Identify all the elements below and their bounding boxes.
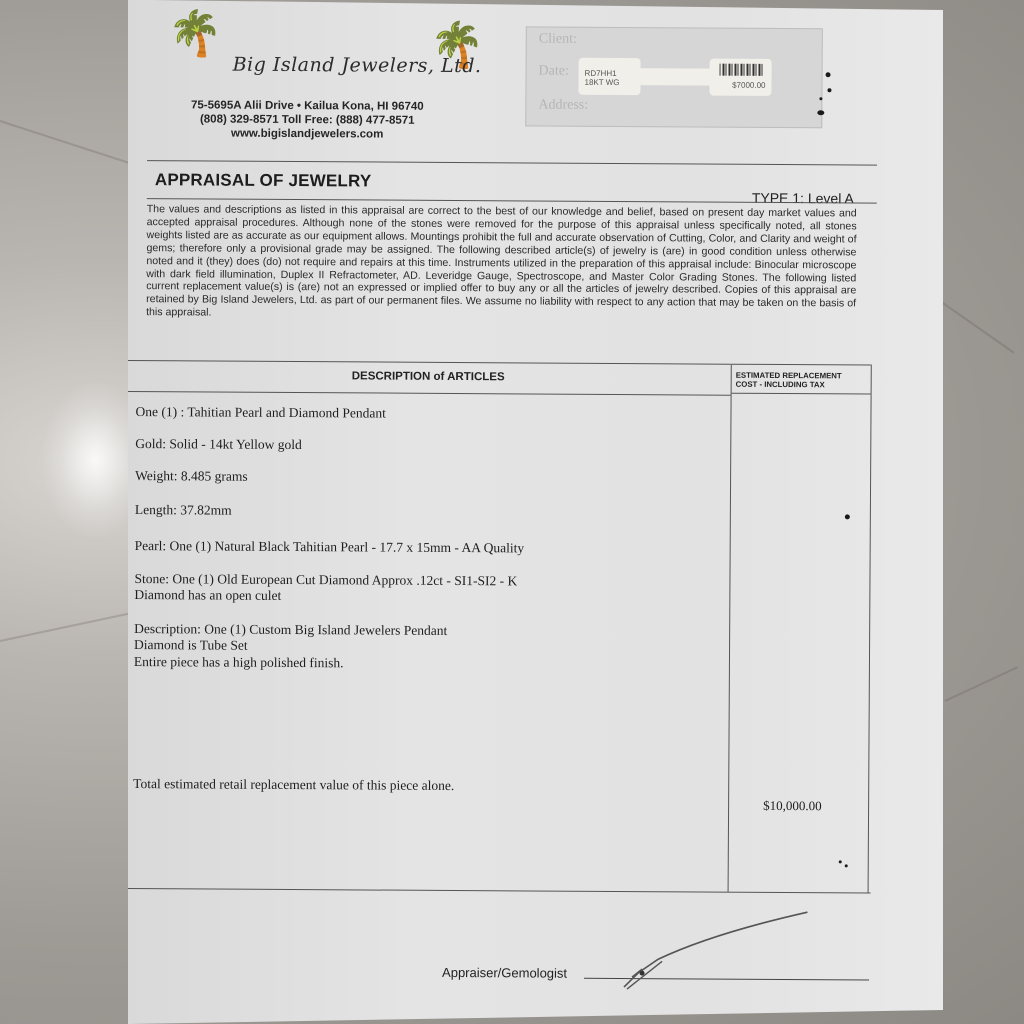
column-header-cost: ESTIMATED REPLACEMENT COST - INCLUDING T…	[732, 364, 871, 395]
ink-spot	[826, 72, 831, 77]
palm-tree-icon: 🌴	[168, 12, 223, 56]
disclaimer-text: The values and descriptions as listed in…	[146, 203, 857, 323]
ink-spot	[839, 860, 842, 863]
marble-vein	[939, 300, 1014, 353]
article-line: Description: One (1) Custom Big Island J…	[134, 621, 447, 639]
client-info-box: Client: Date: Address: RD7HH1 18KT WG $7…	[525, 26, 823, 128]
total-line: Total estimated retail replacement value…	[133, 776, 454, 794]
website: www.bigislandjewelers.com	[157, 126, 457, 142]
tag-metal: 18KT WG	[584, 78, 619, 87]
article-line: Gold: Solid - 14kt Yellow gold	[135, 436, 302, 453]
tag-code: RD7HH1	[585, 69, 617, 78]
document-title: APPRAISAL OF JEWELRY	[155, 170, 372, 191]
article-line: Diamond is Tube Set	[134, 637, 248, 654]
replacement-value: $10,000.00	[763, 798, 822, 814]
ink-spot	[827, 88, 831, 92]
article-line: Weight: 8.485 grams	[135, 468, 248, 485]
ghost-field: Address:	[538, 98, 588, 114]
signature-label: Appraiser/Gemologist	[442, 965, 567, 981]
marble-vein	[945, 666, 1018, 702]
article-line: Entire piece has a high polished finish.	[134, 654, 344, 671]
marble-vein	[0, 611, 137, 642]
article-line: Diamond has an open culet	[134, 587, 281, 604]
ink-spot	[845, 864, 848, 867]
company-address: 75-5695A Alii Drive • Kailua Kona, HI 96…	[157, 98, 457, 142]
column-header-description: DESCRIPTION of ARTICLES	[128, 360, 731, 396]
ink-spot	[845, 514, 850, 519]
article-line: One (1) : Tahitian Pearl and Diamond Pen…	[135, 404, 385, 422]
company-name: Big Island Jewelers, Ltd.	[233, 54, 482, 78]
appraisal-document: 🌴 🌴 Big Island Jewelers, Ltd. 75-5695A A…	[128, 0, 943, 1024]
phone-line: (808) 329-8571 Toll Free: (888) 477-8571	[157, 112, 457, 128]
company-logo: 🌴 🌴 Big Island Jewelers, Ltd.	[167, 8, 487, 90]
tag-price: $7000.00	[732, 81, 765, 90]
article-line: Pearl: One (1) Natural Black Tahitian Pe…	[135, 538, 525, 556]
ink-spot	[817, 110, 824, 115]
price-tag: RD7HH1 18KT WG $7000.00	[578, 58, 771, 96]
cost-header-line: COST - INCLUDING TAX	[736, 380, 871, 390]
signature-scribble	[602, 903, 823, 1004]
marble-vein	[0, 120, 143, 168]
barcode-icon	[720, 64, 764, 76]
ink-spot	[819, 97, 822, 100]
ghost-field: Client:	[539, 32, 577, 48]
column-divider	[728, 364, 732, 892]
appraisal-type: TYPE 1: Level A	[752, 190, 854, 207]
divider	[147, 160, 877, 165]
ghost-field: Date:	[539, 64, 569, 80]
table-border	[868, 365, 872, 893]
articles-table: DESCRIPTION of ARTICLES ESTIMATED REPLAC…	[128, 360, 874, 894]
article-line: Length: 37.82mm	[135, 502, 232, 519]
